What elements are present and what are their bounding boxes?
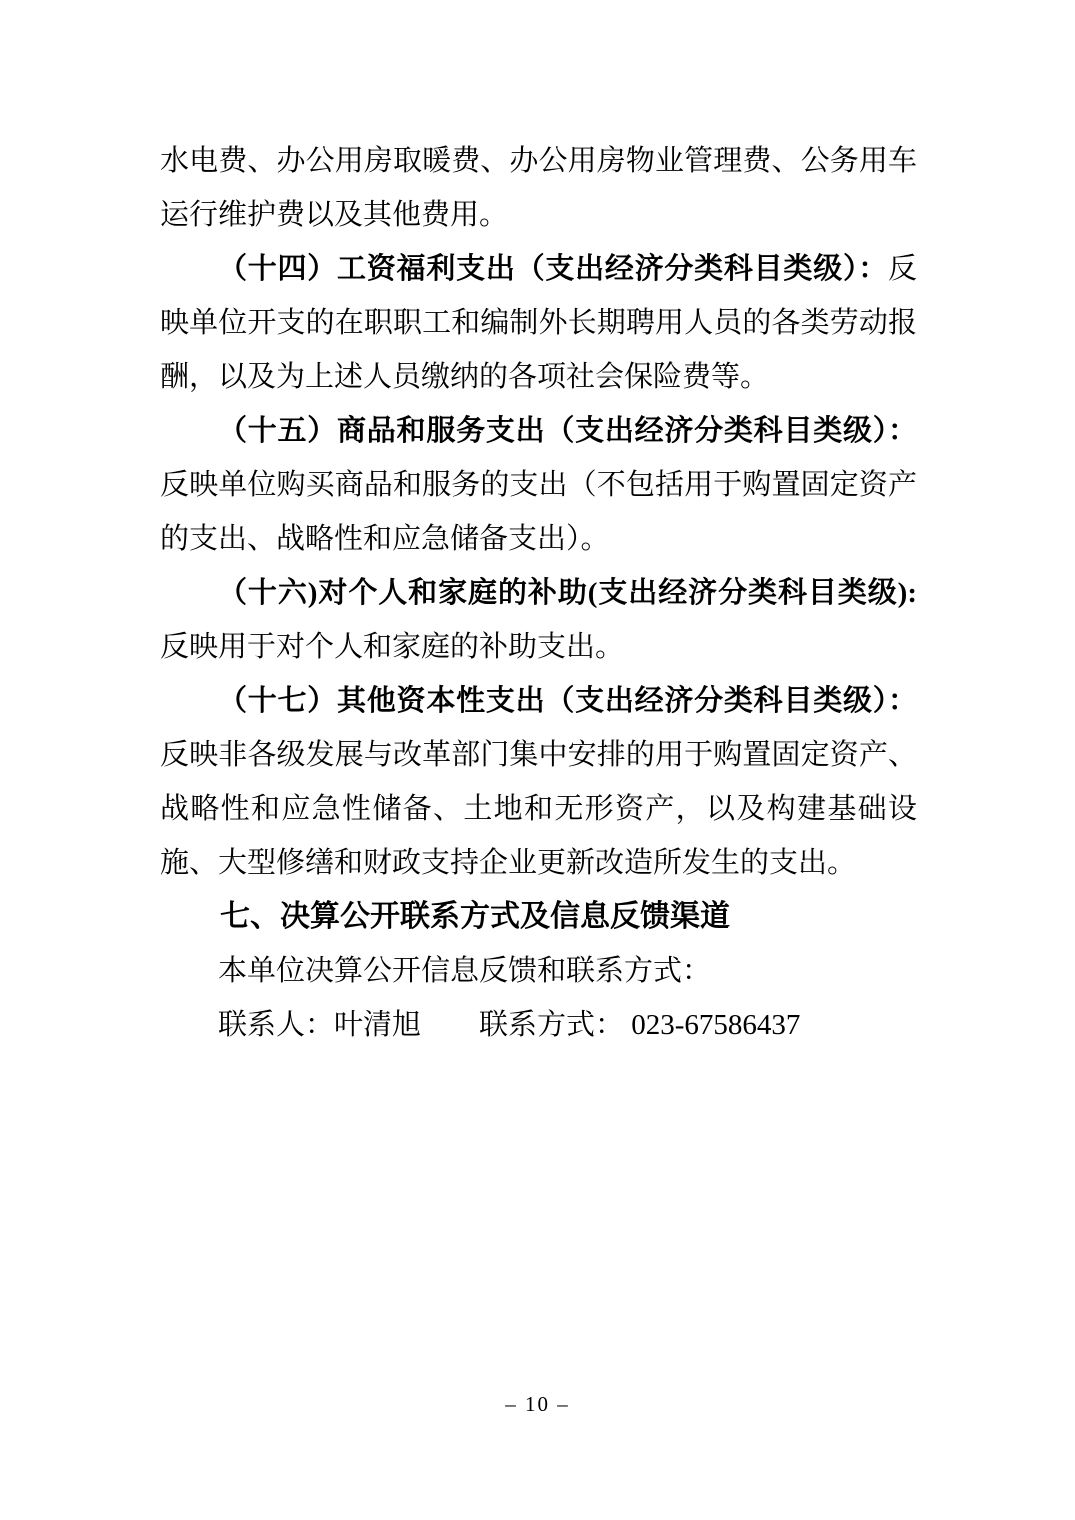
document-body: 水电费、办公用房取暖费、办公用房物业管理费、公务用车运行维护费以及其他费用。（十… <box>160 134 917 1052</box>
para-utilities-continuation: 水电费、办公用房取暖费、办公用房物业管理费、公务用车运行维护费以及其他费用。 <box>160 134 917 242</box>
text-run: 反映用于对个人和家庭的补助支出。 <box>160 631 624 663</box>
document-page: 水电费、办公用房取暖费、办公用房物业管理费、公务用车运行维护费以及其他费用。（十… <box>0 0 1075 1520</box>
text-run: 反映单位购买商品和服务的支出（不包括用于购置固定资产的支出、战略性和应急储备支出… <box>160 469 917 555</box>
heading-7-contact-feedback-channel: 七、决算公开联系方式及信息反馈渠道 <box>160 890 917 944</box>
para-contact-intro: 本单位决算公开信息反馈和联系方式： <box>160 944 917 998</box>
text-run: （十四）工资福利支出（支出经济分类科目类级）： <box>218 253 888 285</box>
para-contact-details: 联系人：叶清旭 联系方式： 023-67586437 <box>160 998 917 1052</box>
text-run: （十五）商品和服务支出（支出经济分类科目类级）： <box>218 415 917 447</box>
text-run: （十六)对个人和家庭的补助(支出经济分类科目类级): <box>218 577 917 609</box>
text-run: 七、决算公开联系方式及信息反馈渠道 <box>220 900 730 933</box>
text-run: 反映非各级发展与改革部门集中安排的用于购置固定资产、战略性和应急性储备、土地和无… <box>160 739 917 879</box>
para-17-other-capital-expenditure: （十七）其他资本性支出（支出经济分类科目类级）：反映非各级发展与改革部门集中安排… <box>160 674 917 890</box>
para-16-subsidies-individuals-families: （十六)对个人和家庭的补助(支出经济分类科目类级):反映用于对个人和家庭的补助支… <box>160 566 917 674</box>
page-number: – 10 – <box>0 1392 1075 1417</box>
text-run: 水电费、办公用房取暖费、办公用房物业管理费、公务用车运行维护费以及其他费用。 <box>160 145 917 231</box>
para-14-wage-welfare-expenditure: （十四）工资福利支出（支出经济分类科目类级）：反映单位开支的在职职工和编制外长期… <box>160 242 917 404</box>
text-run: 本单位决算公开信息反馈和联系方式： <box>218 955 711 987</box>
para-15-goods-services-expenditure: （十五）商品和服务支出（支出经济分类科目类级）：反映单位购买商品和服务的支出（不… <box>160 404 917 566</box>
text-run: （十七）其他资本性支出（支出经济分类科目类级）： <box>218 685 917 717</box>
text-run: 联系人：叶清旭 联系方式： 023-67586437 <box>218 1009 800 1041</box>
